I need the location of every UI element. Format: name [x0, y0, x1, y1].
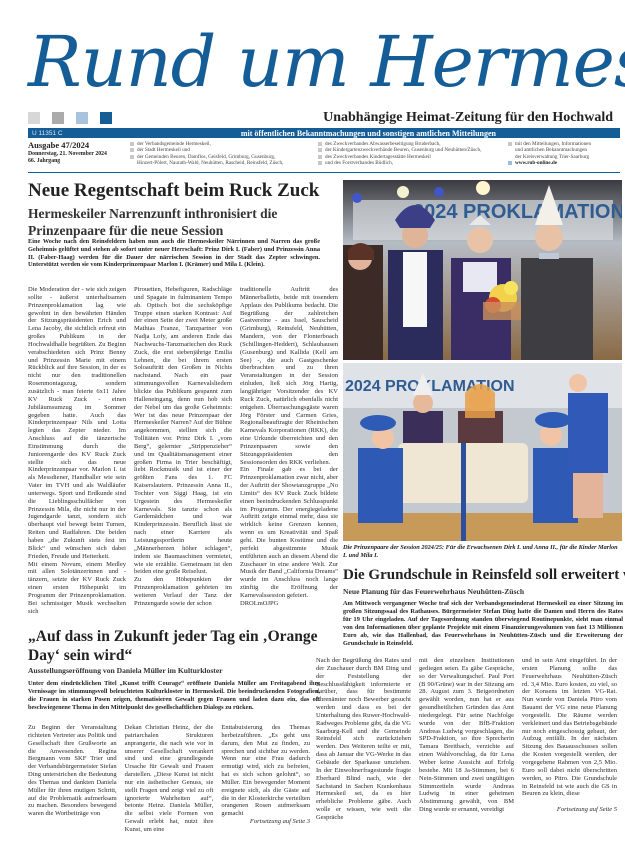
- bullet-icon: [130, 148, 134, 152]
- issue-info: Ausgabe 47/2024 Donnerstag, 21. November…: [28, 140, 107, 165]
- postal-code: U 11351 C: [32, 130, 63, 137]
- article1-subheadline: Hermeskeiler Narrenzunft inthronisiert d…: [28, 205, 328, 239]
- photo-adult-royals: 2024 PROKLAMATION: [343, 180, 622, 360]
- article3-headline: „Auf dass in Zukunft jeder Tag ein ‚Oran…: [28, 628, 318, 665]
- issue-volume: 66. Jahrgang: [28, 158, 107, 165]
- article3-column-1: Zu Beginn der Veranstaltung richteten Ve…: [28, 724, 117, 834]
- photo-image: 2024 PROKLAMATION: [343, 180, 622, 360]
- article2-column-1: Nach der Begrüßung des Rates und der Zus…: [316, 657, 411, 822]
- bullet-icon: [318, 142, 322, 146]
- article2-headline: Die Grundschule in Reinsfeld soll erweit…: [343, 567, 625, 584]
- issue-number: Ausgabe 47/2024: [28, 140, 107, 151]
- decorative-squares: [28, 112, 112, 124]
- issue-date: Donnerstag, 21. November 2024: [28, 151, 107, 158]
- bullet-icon: [130, 142, 134, 146]
- continued-link[interactable]: Fortsetzung auf Seite 3: [221, 818, 310, 826]
- article1-column-3: traditionelle Auftritt des Männerballett…: [240, 286, 338, 615]
- website-link[interactable]: www.rub-online.de: [515, 160, 557, 166]
- article3-subheadline: Ausstellungseröffnung von Daniela Müller…: [28, 666, 223, 675]
- square-icon: [28, 112, 40, 124]
- bullet-icon: [318, 148, 322, 152]
- members-list-1: der Verbandsgemeinde Hermeskeil, der Sta…: [130, 141, 283, 166]
- svg-text:2024 PROKLAMATION: 2024 PROKLAMATION: [413, 201, 622, 223]
- square-icon: [76, 112, 88, 124]
- article1-headline: Neue Regentschaft beim Ruck Zuck: [28, 180, 319, 202]
- bullet-icon: [318, 161, 322, 165]
- article3-column-3: Enttabuisierung des Themas herbeizuführe…: [221, 724, 310, 834]
- tagline: Unabhängige Heimat-Zeitung für den Hochw…: [323, 110, 613, 126]
- photo-caption: Die Prinzenpaare der Session 2024/25: Fü…: [343, 544, 623, 559]
- square-icon: [52, 112, 64, 124]
- bullet-icon: [508, 161, 512, 165]
- article2-column-2: mit den einzelnen Institutionen gediegen…: [419, 657, 514, 822]
- article1-body: Die Moderation der - wie sich zeigen sol…: [28, 286, 338, 615]
- article3-body: Zu Beginn der Veranstaltung richteten Ve…: [28, 724, 310, 834]
- article2-body: Nach der Begrüßung des Rates und der Zus…: [316, 657, 622, 822]
- article1-column-1: Die Moderation der - wie sich zeigen sol…: [28, 286, 126, 615]
- newspaper-logo: Rund um Hermeskeil: [28, 22, 625, 102]
- continued-link[interactable]: Fortsetzung auf Seite 5: [522, 806, 617, 814]
- article1-lead: Eine Woche nach den Reinsfeldern haben n…: [28, 238, 320, 269]
- photo-child-royals: 2024 PROKLAMATION: [343, 363, 622, 541]
- photo-image: 2024 PROKLAMATION: [343, 363, 622, 541]
- article2-lead: Am Mittwoch vergangener Woche traf sich …: [343, 600, 623, 647]
- masthead: Rund um Hermeskeil Unabhängige Heimat-Ze…: [0, 0, 625, 130]
- bullet-icon: [508, 142, 512, 146]
- article2-column-3: und in sein Amt eingeführt. In der erste…: [522, 657, 617, 822]
- article1-signature: DROLmOJPG: [240, 600, 338, 608]
- band-text: mit öffentlichen Bekanntmachungen und so…: [241, 129, 496, 138]
- article3-lead: Unter dem eindrücklichen Titel „Kunst tr…: [28, 680, 320, 712]
- bullet-icon: [130, 155, 134, 159]
- article2-subheadline: Neue Planung für das Feuerwehrhaus Neuhü…: [343, 587, 524, 596]
- issue-info-bar: Ausgabe 47/2024 Donnerstag, 21. November…: [28, 140, 620, 173]
- members-list-2: des Zweckverbandes Abwasserbeseitigung B…: [318, 141, 481, 166]
- article1-column-2: Pirouetten, Hebefiguren, Radschläge und …: [134, 286, 232, 615]
- members-list-3: mit den Mitteilungen, Informationen und …: [508, 141, 591, 166]
- header-band: U 11351 C mit öffentlichen Bekanntmachun…: [28, 128, 620, 138]
- article3-column-2: Dekan Christian Heinz, der die patriarch…: [125, 724, 214, 834]
- bullet-icon: [318, 155, 322, 159]
- square-icon: [100, 112, 112, 124]
